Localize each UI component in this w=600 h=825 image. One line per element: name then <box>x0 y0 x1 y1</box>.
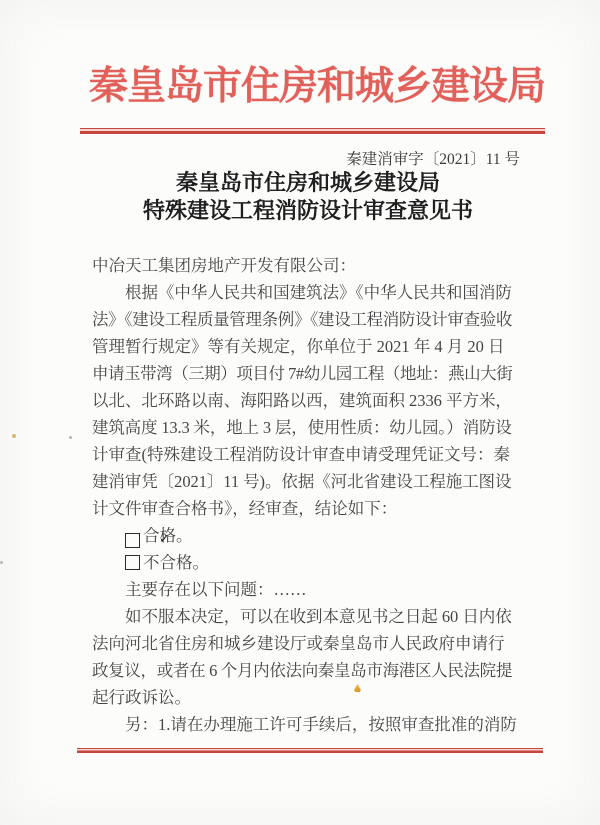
review-basis-line-8: 建消审凭〔2021〕11 号)。依据《河北省建设工程施工图设 <box>92 468 512 495</box>
appeal-line-1: 如不服本决定，可以在收到本意见书之日起 60 日内依 <box>92 603 512 630</box>
review-basis-line-1: 根据《中华人民共和国建筑法》《中华人民共和国消防 <box>92 279 512 306</box>
checked-checkbox-icon: ✓ <box>125 533 140 548</box>
document-body: 中冶天工集团房地产开发有限公司：根据《中华人民共和国建筑法》《中华人民共和国消防… <box>92 252 512 738</box>
scanned-document-page: 秦皇岛市住房和城乡建设局 秦建消审字〔2021〕11 号 秦皇岛市住房和城乡建设… <box>0 0 600 825</box>
verdict-pass-line: ✓合格。 <box>92 522 512 549</box>
review-basis-line-3: 管理暂行规定》等有关规定，你单位于 2021 年 4 月 20 日 <box>92 333 512 360</box>
appeal-line-4: 起行政诉讼。 <box>92 684 512 711</box>
review-basis-line-6: 建筑高度 13.3 米，地上 3 层，使用性质：幼儿园。）消防设 <box>92 414 512 441</box>
appeal-line-2: 法向河北省住房和城乡建设厅或秦皇岛市人民政府申请行 <box>92 630 512 657</box>
additional-note-line-1: 另：1.请在办理施工许可手续后，按照审查批准的消防 <box>92 711 512 738</box>
scan-speck-edge-dot <box>0 561 3 564</box>
document-title: 秦皇岛市住房和城乡建设局 特殊建设工程消防设计审查意见书 <box>88 169 528 224</box>
review-basis-line-4: 申请玉带湾（三期）项目付 7#幼儿园工程（地址：燕山大街 <box>92 360 512 387</box>
document-title-line1: 秦皇岛市住房和城乡建设局 <box>88 169 528 197</box>
issues-line-1: 主要存在以下问题：…… <box>92 576 512 603</box>
verdict-pass-label: 合格。 <box>143 526 193 545</box>
recipient-line-1: 中冶天工集团房地产开发有限公司： <box>92 252 512 279</box>
letterhead-agency-name: 秦皇岛市住房和城乡建设局 <box>89 55 545 111</box>
review-basis-line-5: 以北、北环路以南、海阳路以西，建筑面积 2336 平方米， <box>92 387 512 414</box>
review-basis-line-2: 法》《建设工程质量管理条例》《建设工程消防设计审查验收 <box>92 306 512 333</box>
review-basis-line-9: 计文件审查合格书》，经审查，结论如下： <box>92 495 512 522</box>
appeal-line-3: 政复议，或者在 6 个月内依法向秦皇岛市海港区人民法院提 <box>92 657 512 684</box>
verdict-fail-label: 不合格。 <box>143 553 209 572</box>
verdict-fail-line: 不合格。 <box>92 549 512 576</box>
letterhead-divider-rule <box>80 128 545 134</box>
empty-checkbox-icon <box>125 555 140 570</box>
scan-speck-gold-dot <box>12 434 16 438</box>
document-number: 秦建消审字〔2021〕11 号 <box>200 147 520 169</box>
footer-divider-rule <box>77 748 543 753</box>
scan-speck-gray-dot <box>69 436 72 439</box>
review-basis-line-7: 计审查(特殊建设工程消防设计审查申请受理凭证文号：秦 <box>92 441 512 468</box>
document-title-line2: 特殊建设工程消防设计审查意见书 <box>88 197 528 225</box>
